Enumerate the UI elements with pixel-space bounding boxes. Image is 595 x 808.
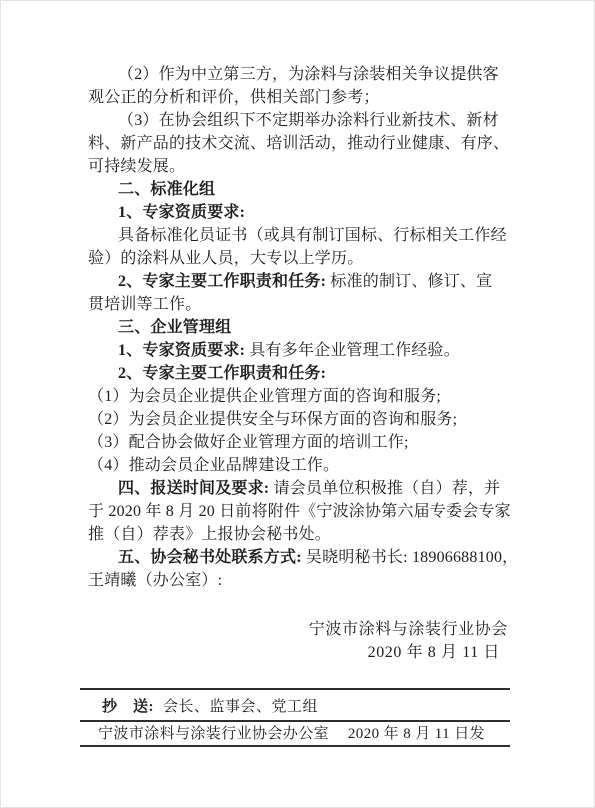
issuer-line: 宁波市涂料与涂装行业协会办公室 2020 年 8 月 11 日发 xyxy=(80,726,510,742)
document-page: （2）作为中立第三方，为涂料与涂装相关争议提供客观公正的分析和评价，供相关部门参… xyxy=(0,0,595,808)
footer-rule-top xyxy=(80,688,510,690)
text-line: （3）在协会组织下不定期举办涂料行业新技术、新材 xyxy=(88,109,512,132)
text-line: 2、专家主要工作职责和任务: xyxy=(88,362,512,385)
text-segment: （3）在协会组织下不定期举办涂料行业新技术、新材 xyxy=(118,112,499,129)
text-line: 1、专家资质要求: xyxy=(88,201,512,224)
text-segment: 于 2020 年 8 月 20 日前将附件《宁波涂协第六届专委会专家 xyxy=(88,503,511,520)
text-line: 观公正的分析和评价，供相关部门参考； xyxy=(88,86,512,109)
cc-content: 会长、监事会、党工组 xyxy=(163,699,318,715)
text-line: 2、专家主要工作职责和任务: 标准的制订、修订、宣 xyxy=(88,270,512,293)
text-segment: 王靖曦（办公室）: xyxy=(88,572,222,589)
text-line: 二、标准化组 xyxy=(88,178,512,201)
text-line: 四、报送时间及要求: 请会员单位积极推（自）荐，并 xyxy=(88,477,512,500)
text-line: 验）的涂料从业人员，大专以上学历。 xyxy=(88,247,512,270)
signature-org: 宁波市涂料与涂装行业协会 xyxy=(309,618,508,641)
text-segment: 观公正的分析和评价，供相关部门参考； xyxy=(88,89,380,106)
text-segment: （2）为会员企业提供安全与环保方面的咨询和服务; xyxy=(88,411,457,428)
text-segment: （1）为会员企业提供企业管理方面的咨询和服务; xyxy=(88,388,441,405)
text-line: 贯培训等工作。 xyxy=(88,293,512,316)
text-line: （4）推动会员企业品牌建设工作。 xyxy=(88,454,512,477)
text-line: （2）为会员企业提供安全与环保方面的咨询和服务; xyxy=(88,408,512,431)
text-segment: 可持续发展。 xyxy=(88,158,185,175)
text-line: 1、专家资质要求: 具有多年企业管理工作经验。 xyxy=(88,339,512,362)
text-segment-bold: 2、专家主要工作职责和任务: xyxy=(118,273,326,290)
text-segment: 请会员单位积极推（自）荐，并 xyxy=(269,480,500,497)
text-segment: （2）作为中立第三方，为涂料与涂装相关争议提供客 xyxy=(118,66,499,83)
text-segment: （4）推动会员企业品牌建设工作。 xyxy=(88,457,339,474)
issue-date: 2020 年 8 月 11 日发 xyxy=(348,726,485,742)
text-segment: 推（自）荐表》上报协会秘书处。 xyxy=(88,526,331,543)
text-line: 于 2020 年 8 月 20 日前将附件《宁波涂协第六届专委会专家 xyxy=(88,500,512,523)
footer-rule-middle xyxy=(80,720,510,722)
text-segment-bold: 五、协会秘书处联系方式: xyxy=(118,549,302,566)
cc-line: 抄 送:会长、监事会、党工组 xyxy=(80,699,510,716)
text-segment-bold: 1、专家资质要求: xyxy=(118,342,245,359)
text-segment: 验）的涂料从业人员，大专以上学历。 xyxy=(88,250,363,267)
text-segment-bold: 二、标准化组 xyxy=(118,181,215,198)
signature-block: 宁波市涂料与涂装行业协会 2020 年 8 月 11 日 xyxy=(309,618,508,664)
text-line: 三、企业管理组 xyxy=(88,316,512,339)
text-segment-bold: 四、报送时间及要求: xyxy=(118,480,269,497)
text-segment: 标准的制订、修订、宣 xyxy=(326,273,492,290)
document-body: （2）作为中立第三方，为涂料与涂装相关争议提供客观公正的分析和评价，供相关部门参… xyxy=(88,63,512,592)
footer-block: 抄 送:会长、监事会、党工组 宁波市涂料与涂装行业协会办公室 2020 年 8 … xyxy=(80,688,510,747)
text-segment-bold: 2、专家主要工作职责和任务: xyxy=(118,365,326,382)
text-line: （3）配合协会做好企业管理方面的培训工作; xyxy=(88,431,512,454)
text-line: 王靖曦（办公室）: xyxy=(88,569,512,592)
text-line: （1）为会员企业提供企业管理方面的咨询和服务; xyxy=(88,385,512,408)
cc-label: 抄 送: xyxy=(102,699,154,715)
issuer-name: 宁波市涂料与涂装行业协会办公室 xyxy=(98,726,329,742)
text-line: （2）作为中立第三方，为涂料与涂装相关争议提供客 xyxy=(88,63,512,86)
text-segment: 贯培训等工作。 xyxy=(88,296,201,313)
text-segment: 具备标准化员证书（或具有制订国标、行标相关工作经 xyxy=(118,227,507,244)
text-segment: （3）配合协会做好企业管理方面的培训工作; xyxy=(88,434,409,451)
text-segment: 具有多年企业管理工作经验。 xyxy=(245,342,460,359)
footer-rule-bottom xyxy=(80,745,510,747)
text-segment-bold: 三、企业管理组 xyxy=(118,319,231,336)
text-segment: 料、新产品的技术交流、培训活动，推动行业健康、有序、 xyxy=(88,135,509,152)
text-line: 推（自）荐表》上报协会秘书处。 xyxy=(88,523,512,546)
text-segment: 吴晓明秘书长: 18906688100， xyxy=(302,549,519,566)
text-line: 料、新产品的技术交流、培训活动，推动行业健康、有序、 xyxy=(88,132,512,155)
signature-date: 2020 年 8 月 11 日 xyxy=(309,641,508,664)
text-segment-bold: 1、专家资质要求: xyxy=(118,204,245,221)
text-line: 可持续发展。 xyxy=(88,155,512,178)
text-line: 具备标准化员证书（或具有制订国标、行标相关工作经 xyxy=(88,224,512,247)
text-line: 五、协会秘书处联系方式: 吴晓明秘书长: 18906688100， xyxy=(88,546,512,569)
